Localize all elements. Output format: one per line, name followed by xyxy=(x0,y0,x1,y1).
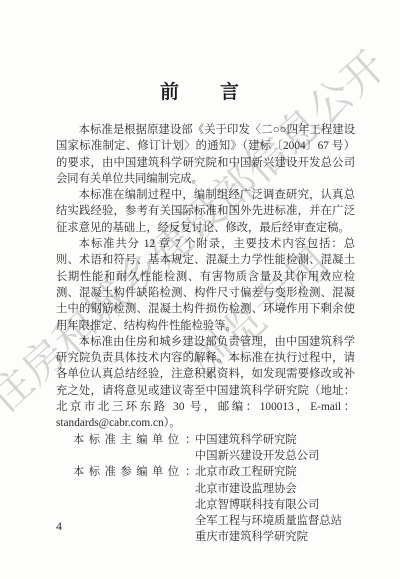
chief-editor-unit: 中国新兴建设开发总公司 xyxy=(195,448,355,464)
participating-unit: 全军工程与环境质量监督总站 xyxy=(195,513,355,529)
participating-colon: ： xyxy=(185,464,195,480)
document-page: 住房和城乡建设部信息公开 浏览专用 前 言 本标准是根据原建设部《关于印发〈二○… xyxy=(0,0,400,579)
foreword-body: 本标准是根据原建设部《关于印发〈二○○四年工程建设国家标准制定、修订计划〉的通知… xyxy=(56,122,355,546)
participating-unit: 重庆市建筑科学研究院 xyxy=(195,529,355,545)
chief-editor-unit: 中国建筑科学研究院 xyxy=(195,432,355,448)
paragraph-2: 本标准在编制过程中，编制组经广泛调查研究，认真总结实践经验，参考有关国际标准和国… xyxy=(56,187,355,236)
chief-editor-units: 中国建筑科学研究院 中国新兴建设开发总公司 xyxy=(195,432,355,465)
participating-unit: 北京市建设监理协会 xyxy=(195,481,355,497)
participating-row: 本标准参编单位 ： 北京市政工程研究院 北京市建设监理协会 北京智博联科技有限公… xyxy=(56,464,355,545)
page-title: 前 言 xyxy=(0,0,400,104)
participating-unit: 北京市政工程研究院 xyxy=(195,464,355,480)
chief-editor-row: 本标准主编单位 ： 中国建筑科学研究院 中国新兴建设开发总公司 xyxy=(56,432,355,465)
participating-unit: 北京智博联科技有限公司 xyxy=(195,497,355,513)
paragraph-1: 本标准是根据原建设部《关于印发〈二○○四年工程建设国家标准制定、修订计划〉的通知… xyxy=(56,122,355,187)
paragraph-4: 本标准由住房和城乡建设部负责管理，由中国建筑科学研究院负责具体技术内容的解释。本… xyxy=(56,334,355,432)
participating-label: 本标准参编单位 xyxy=(73,464,185,480)
chief-editor-colon: ： xyxy=(185,432,195,448)
paragraph-3: 本标准共分 12 章 7 个附录，主要技术内容包括：总则、术语和符号、基本规定、… xyxy=(56,236,355,334)
chief-editor-label: 本标准主编单位 xyxy=(73,432,185,448)
page-number: 4 xyxy=(56,519,62,534)
participating-units: 北京市政工程研究院 北京市建设监理协会 北京智博联科技有限公司 全军工程与环境质… xyxy=(195,464,355,545)
